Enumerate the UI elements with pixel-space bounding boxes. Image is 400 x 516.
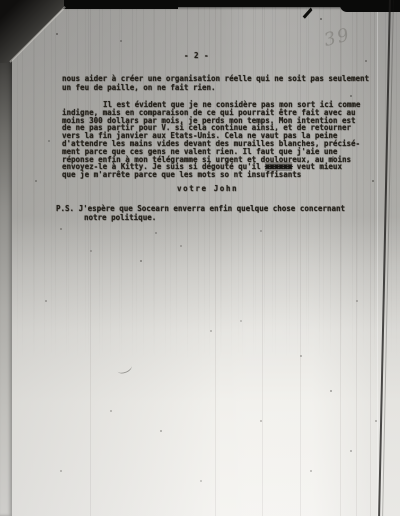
film-scratch — [370, 0, 371, 516]
film-top-edge-right — [340, 0, 400, 12]
typed-line: un feu de paille, on ne fait rien. — [62, 84, 216, 93]
film-left-edge — [0, 0, 12, 516]
postscript-line: notre politique. — [84, 214, 156, 223]
typed-line: que je m'arrête parce que les mots so nt… — [62, 171, 301, 180]
film-scratch-light — [377, 0, 378, 516]
signature: votre John — [177, 185, 238, 194]
page-number: - 2 - — [184, 52, 209, 61]
scanned-letter-page: 39 - 2 - nous aider à créer une organisa… — [0, 0, 400, 516]
film-noise — [56, 33, 58, 35]
